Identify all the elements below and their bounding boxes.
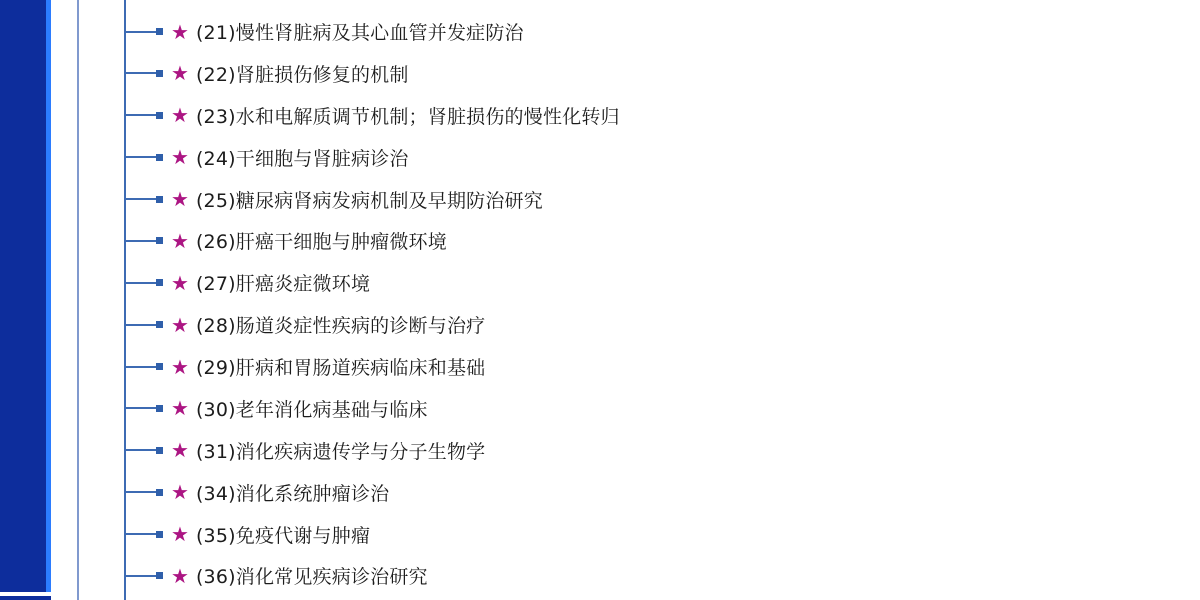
- square-bullet-icon: [156, 112, 163, 119]
- topic-item: ★ (23)水和电解质调节机制；肾脏损伤的慢性化转归: [126, 94, 620, 136]
- topic-label: (35)免疫代谢与肿瘤: [196, 521, 370, 548]
- topic-label: (22)肾脏损伤修复的机制: [196, 60, 409, 87]
- square-bullet-icon: [156, 70, 163, 77]
- topic-item: ★ (31)消化疾病遗传学与分子生物学: [126, 429, 485, 471]
- topic-item: ★ (30)老年消化病基础与临床: [126, 387, 428, 429]
- topic-label: (23)水和电解质调节机制；肾脏损伤的慢性化转归: [196, 102, 620, 129]
- square-bullet-icon: [156, 28, 163, 35]
- topic-label: (31)消化疾病遗传学与分子生物学: [196, 437, 485, 464]
- topic-item: ★ (35)免疫代谢与肿瘤: [126, 513, 370, 555]
- branch-connector-line: [126, 324, 156, 326]
- branch-connector-line: [126, 449, 156, 451]
- topic-label: (27)肝癌炎症微环境: [196, 269, 370, 296]
- branch-connector-line: [126, 114, 156, 116]
- square-bullet-icon: [156, 237, 163, 244]
- section-bar: [0, 0, 46, 592]
- branch-connector-line: [126, 575, 156, 577]
- topic-label: (26)肝癌干细胞与肿瘤微环境: [196, 227, 447, 254]
- star-icon: ★: [171, 315, 189, 335]
- topic-label: (29)肝病和胃肠道疾病临床和基础: [196, 353, 485, 380]
- topic-item: ★ (25)糖尿病肾病发病机制及早期防治研究: [126, 178, 543, 220]
- star-icon: ★: [171, 398, 189, 418]
- star-icon: ★: [171, 63, 189, 83]
- topic-item: ★ (36)消化常见疾病诊治研究: [126, 555, 428, 597]
- star-icon: ★: [171, 482, 189, 502]
- topic-item: ★ (27)肝癌炎症微环境: [126, 262, 370, 304]
- vertical-rule: [77, 0, 79, 600]
- topic-label: (24)干细胞与肾脏病诊治: [196, 144, 409, 171]
- square-bullet-icon: [156, 531, 163, 538]
- branch-connector-line: [126, 240, 156, 242]
- star-icon: ★: [171, 231, 189, 251]
- star-icon: ★: [171, 22, 189, 42]
- square-bullet-icon: [156, 572, 163, 579]
- star-icon: ★: [171, 357, 189, 377]
- star-icon: ★: [171, 189, 189, 209]
- star-icon: ★: [171, 147, 189, 167]
- branch-connector-line: [126, 533, 156, 535]
- topic-label: (34)消化系统肿瘤诊治: [196, 479, 389, 506]
- topic-label: (25)糖尿病肾病发病机制及早期防治研究: [196, 186, 543, 213]
- branch-connector-line: [126, 72, 156, 74]
- section-bar-highlight: [46, 0, 51, 592]
- square-bullet-icon: [156, 489, 163, 496]
- star-icon: ★: [171, 105, 189, 125]
- topic-label: (36)消化常见疾病诊治研究: [196, 562, 428, 589]
- square-bullet-icon: [156, 363, 163, 370]
- topic-label: (21)慢性肾脏病及其心血管并发症防治: [196, 18, 524, 45]
- branch-connector-line: [126, 491, 156, 493]
- topic-label: (28)肠道炎症性疾病的诊断与治疗: [196, 311, 485, 338]
- star-icon: ★: [171, 566, 189, 586]
- mindmap-branch-panel: ★ (21)慢性肾脏病及其心血管并发症防治 ★ (22)肾脏损伤修复的机制 ★ …: [0, 0, 1200, 600]
- topic-item: ★ (29)肝病和胃肠道疾病临床和基础: [126, 346, 485, 388]
- star-icon: ★: [171, 273, 189, 293]
- topic-item: ★ (21)慢性肾脏病及其心血管并发症防治: [126, 11, 524, 53]
- square-bullet-icon: [156, 321, 163, 328]
- branch-connector-line: [126, 156, 156, 158]
- square-bullet-icon: [156, 447, 163, 454]
- branch-connector-line: [126, 366, 156, 368]
- next-section-bar-edge: [0, 596, 51, 600]
- star-icon: ★: [171, 440, 189, 460]
- topic-item: ★ (24)干细胞与肾脏病诊治: [126, 136, 409, 178]
- branch-connector-line: [126, 407, 156, 409]
- square-bullet-icon: [156, 196, 163, 203]
- square-bullet-icon: [156, 405, 163, 412]
- branch-connector-line: [126, 198, 156, 200]
- square-bullet-icon: [156, 154, 163, 161]
- branch-connector-line: [126, 31, 156, 33]
- topic-item: ★ (34)消化系统肿瘤诊治: [126, 471, 389, 513]
- topic-item: ★ (28)肠道炎症性疾病的诊断与治疗: [126, 304, 485, 346]
- topic-item: ★ (26)肝癌干细胞与肿瘤微环境: [126, 220, 447, 262]
- star-icon: ★: [171, 524, 189, 544]
- square-bullet-icon: [156, 279, 163, 286]
- branch-connector-line: [126, 282, 156, 284]
- topic-label: (30)老年消化病基础与临床: [196, 395, 428, 422]
- topic-item: ★ (22)肾脏损伤修复的机制: [126, 52, 409, 94]
